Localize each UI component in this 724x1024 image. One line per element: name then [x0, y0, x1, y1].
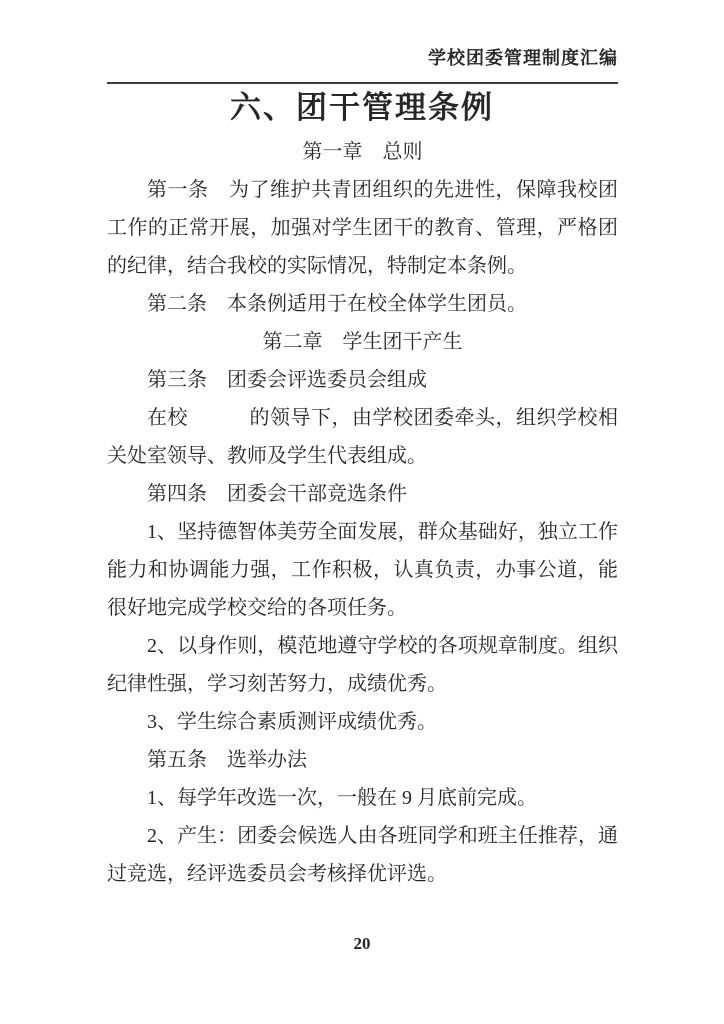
document-title: 六、团干管理条例 [0, 88, 724, 128]
paragraph: 第二条 本条例适用于在校全体学生团员。 [107, 285, 618, 323]
chapter-heading: 第一章 总则 [107, 133, 618, 171]
paragraph: 1、每学年改选一次，一般在 9 月底前完成。 [107, 779, 618, 817]
paragraph: 2、以身作则，模范地遵守学校的各项规章制度。组织纪律性强，学习刻苦努力，成绩优秀… [107, 627, 618, 703]
paragraph: 第四条 团委会干部竞选条件 [107, 475, 618, 513]
chapter-heading: 第二章 学生团干产生 [107, 323, 618, 361]
paragraph: 第五条 选举办法 [107, 741, 618, 779]
page-number: 20 [354, 934, 371, 953]
header-booklet-title: 学校团委管理制度汇编 [428, 48, 618, 68]
paragraph: 第三条 团委会评选委员会组成 [107, 361, 618, 399]
document-body: 第一章 总则第一条 为了维护共青团组织的先进性，保障我校团工作的正常开展，加强对… [107, 133, 618, 893]
page-header: 学校团委管理制度汇编 [107, 46, 618, 70]
paragraph: 第一条 为了维护共青团组织的先进性，保障我校团工作的正常开展，加强对学生团干的教… [107, 171, 618, 285]
paragraph: 1、坚持德智体美劳全面发展，群众基础好，独立工作能力和协调能力强，工作积极，认真… [107, 513, 618, 627]
paragraph: 2、产生：团委会候选人由各班同学和班主任推荐，通过竞选，经评选委员会考核择优评选… [107, 817, 618, 893]
header-rule [107, 82, 618, 84]
paragraph: 在校 的领导下，由学校团委牵头，组织学校相关处室领导、教师及学生代表组成。 [107, 399, 618, 475]
paragraph: 3、学生综合素质测评成绩优秀。 [107, 703, 618, 741]
document-page: 学校团委管理制度汇编 六、团干管理条例 第一章 总则第一条 为了维护共青团组织的… [0, 0, 724, 1024]
page-footer: 20 [0, 932, 724, 956]
